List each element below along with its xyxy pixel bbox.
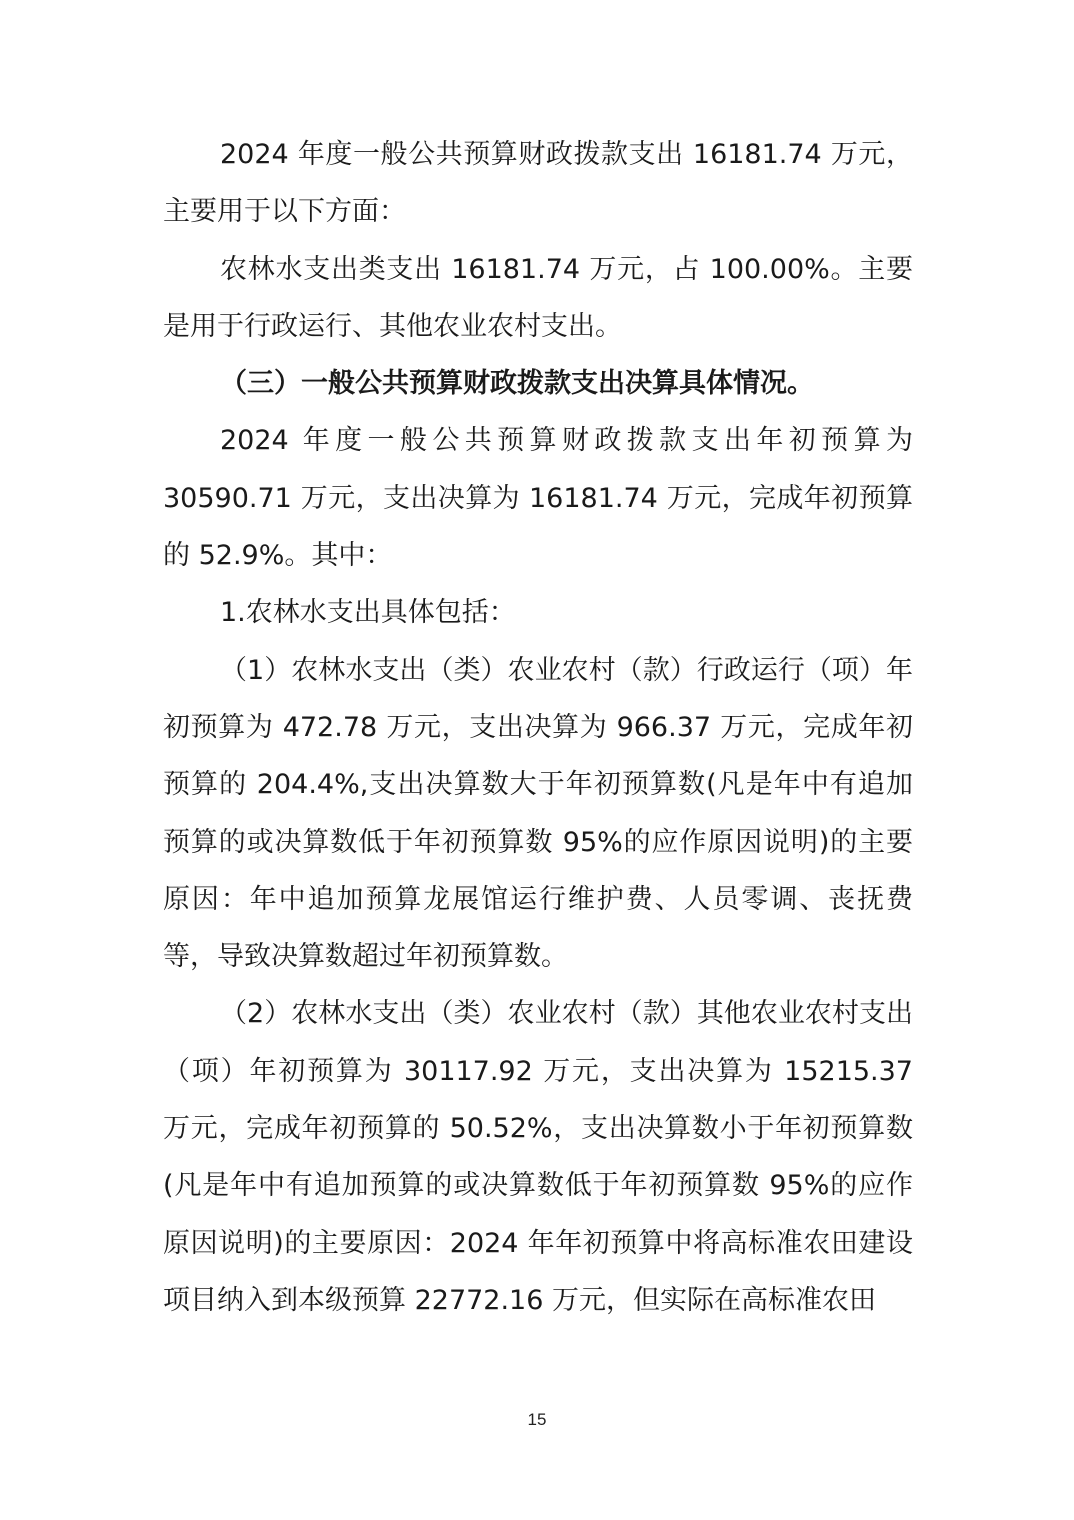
- section-heading-3: （三）一般公共预算财政拨款支出决算具体情况。: [163, 355, 913, 412]
- page-number: 15: [0, 1410, 1074, 1430]
- document-body: 2024 年度一般公共预算财政拨款支出 16181.74 万元，主要用于以下方面…: [163, 126, 913, 1329]
- paragraph-budget-summary: 2024 年度一般公共预算财政拨款支出年初预算为 30590.71 万元，支出决…: [163, 412, 913, 584]
- paragraph-item-1-2: （2）农林水支出（类）农业农村（款）其他农业农村支出（项）年初预算为 30117…: [163, 985, 913, 1329]
- paragraph-total-expenditure: 2024 年度一般公共预算财政拨款支出 16181.74 万元，主要用于以下方面…: [163, 126, 913, 241]
- paragraph-item-1-1: （1）农林水支出（类）农业农村（款）行政运行（项）年初预算为 472.78 万元…: [163, 642, 913, 986]
- paragraph-item-1-intro: 1.农林水支出具体包括：: [163, 584, 913, 641]
- paragraph-agriculture-share: 农林水支出类支出 16181.74 万元，占 100.00%。主要是用于行政运行…: [163, 241, 913, 356]
- document-page: 2024 年度一般公共预算财政拨款支出 16181.74 万元，主要用于以下方面…: [0, 0, 1074, 1520]
